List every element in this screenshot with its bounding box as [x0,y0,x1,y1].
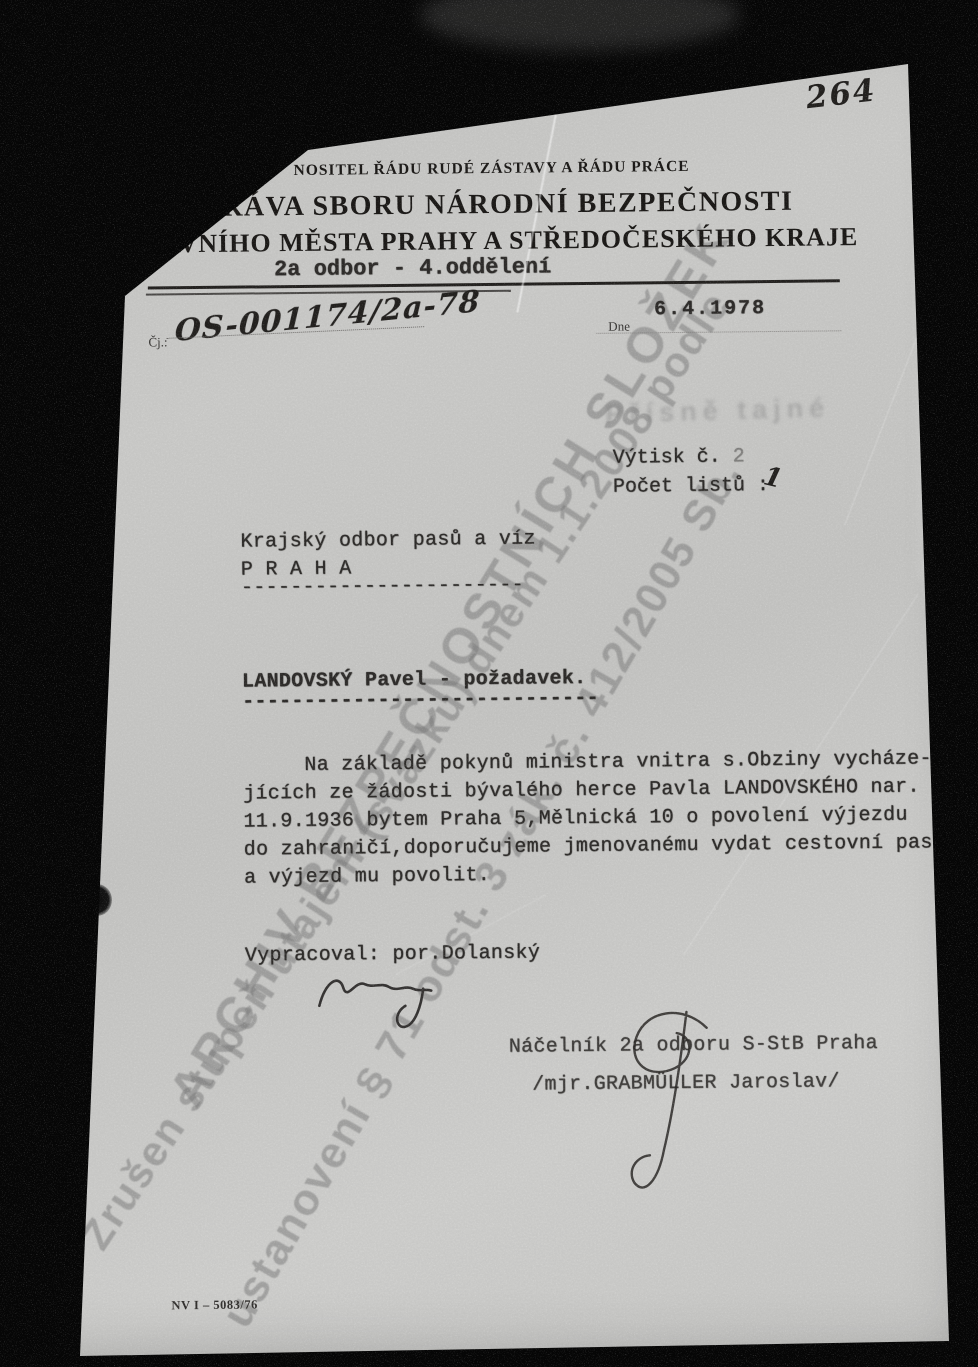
document-paper: 264 NOSITEL ŘÁDU RUDÉ ZÁSTAVY A ŘÁDU PRÁ… [0,0,978,1367]
background-paper-edge [420,0,740,50]
paper-vignette [0,0,978,1367]
ink-dot [78,528,112,566]
archive-scan-photo: 264 NOSITEL ŘÁDU RUDÉ ZÁSTAVY A ŘÁDU PRÁ… [0,0,978,1367]
